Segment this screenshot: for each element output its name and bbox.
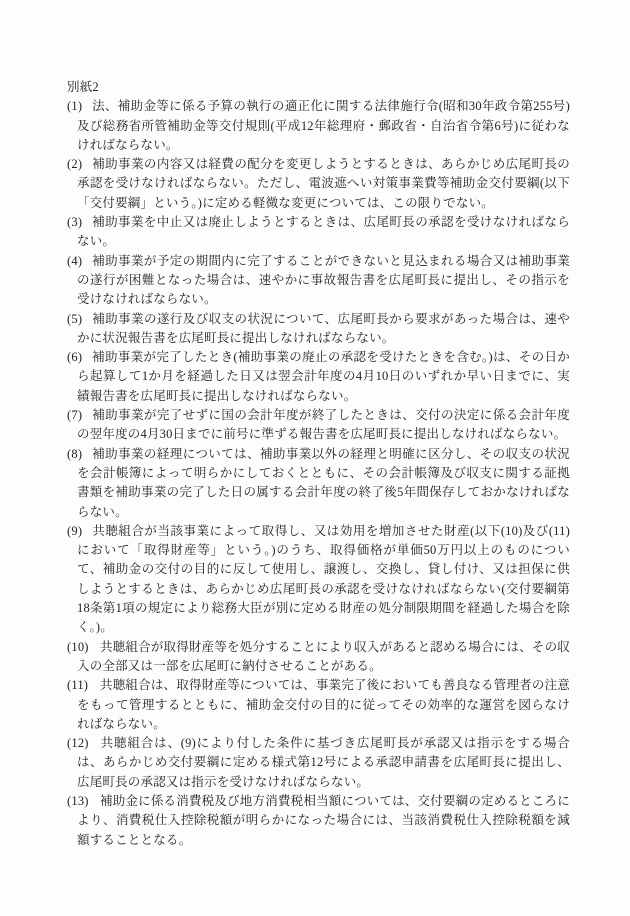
attachment-label: 別紙2 <box>67 78 570 97</box>
list-item: (10)共聴組合が取得財産等を処分することにより収入があると認める場合には、その… <box>67 638 570 677</box>
list-item: (12)共聴組合は、(9)により付した条件に基づき広尾町長が承認又は指示をする場… <box>67 734 570 792</box>
list-item: (6)補助事業が完了したとき(補助事業の廃止の承認を受けたときを含む。)は、その… <box>67 348 570 406</box>
item-number: (4) <box>67 252 92 271</box>
item-text: 補助事業を中止又は廃止しようとするときは、広尾町長の承認を受けなければならない。 <box>77 215 570 248</box>
item-text: 補助事業の経理については、補助事業以外の経理と明確に区分し、その収支の状況を会計… <box>77 447 570 519</box>
item-number: (8) <box>67 445 92 464</box>
document-page: 別紙2 (1)法、補助金等に係る予算の執行の適正化に関する法律施行令(昭和30年… <box>0 0 630 916</box>
item-number: (7) <box>67 406 92 425</box>
list-item: (8)補助事業の経理については、補助事業以外の経理と明確に区分し、その収支の状況… <box>67 445 570 522</box>
list-item: (4)補助事業が予定の期間内に完了することができないと見込まれる場合又は補助事業… <box>67 252 570 310</box>
item-number: (5) <box>67 310 92 329</box>
item-number: (2) <box>67 155 92 174</box>
document-content: 別紙2 (1)法、補助金等に係る予算の執行の適正化に関する法律施行令(昭和30年… <box>67 78 570 850</box>
list-item: (5)補助事業の遂行及び収支の状況について、広尾町長から要求があった場合は、速や… <box>67 310 570 349</box>
item-text: 補助事業の遂行及び収支の状況について、広尾町長から要求があった場合は、速やかに状… <box>77 312 570 345</box>
list-item: (13)補助金に係る消費税及び地方消費税相当額については、交付要綱の定めるところ… <box>67 792 570 850</box>
list-item: (2)補助事業の内容又は経費の配分を変更しようとするときは、あらかじめ広尾町長の… <box>67 155 570 213</box>
item-number: (13) <box>67 792 100 811</box>
item-text: 法、補助金等に係る予算の執行の適正化に関する法律施行令(昭和30年政令第255号… <box>77 99 570 152</box>
item-text: 共聴組合は、(9)により付した条件に基づき広尾町長が承認又は指示をする場合は、あ… <box>77 736 570 789</box>
list-item: (11)共聴組合は、取得財産等については、事業完了後においても善良なる管理者の注… <box>67 676 570 734</box>
item-number: (10) <box>67 638 100 657</box>
item-number: (11) <box>67 676 100 695</box>
item-number: (6) <box>67 348 92 367</box>
list-item: (7)補助事業が完了せずに国の会計年度が終了したときは、交付の決定に係る会計年度… <box>67 406 570 445</box>
item-text: 補助事業が完了したとき(補助事業の廃止の承認を受けたときを含む。)は、その日から… <box>77 350 570 403</box>
item-text: 共聴組合が取得財産等を処分することにより収入があると認める場合には、その収入の全… <box>77 640 570 673</box>
item-number: (12) <box>67 734 100 753</box>
list-item: (9)共聴組合が当該事業によって取得し、又は効用を増加させた財産(以下(10)及… <box>67 522 570 638</box>
item-text: 補助事業が完了せずに国の会計年度が終了したときは、交付の決定に係る会計年度の翌年… <box>77 408 570 441</box>
item-text: 補助金に係る消費税及び地方消費税相当額については、交付要綱の定めるところにより、… <box>77 794 570 847</box>
item-text: 補助事業が予定の期間内に完了することができないと見込まれる場合又は補助事業の遂行… <box>77 254 570 307</box>
list-item: (3)補助事業を中止又は廃止しようとするときは、広尾町長の承認を受けなければなら… <box>67 213 570 252</box>
item-number: (3) <box>67 213 92 232</box>
item-text: 補助事業の内容又は経費の配分を変更しようとするときは、あらかじめ広尾町長の承認を… <box>77 157 570 210</box>
item-text: 共聴組合は、取得財産等については、事業完了後においても善良なる管理者の注意をもっ… <box>77 678 570 731</box>
item-number: (1) <box>67 97 92 116</box>
list-item: (1)法、補助金等に係る予算の執行の適正化に関する法律施行令(昭和30年政令第2… <box>67 97 570 155</box>
item-text: 共聴組合が当該事業によって取得し、又は効用を増加させた財産(以下(10)及び(1… <box>77 524 570 634</box>
item-number: (9) <box>67 522 92 541</box>
